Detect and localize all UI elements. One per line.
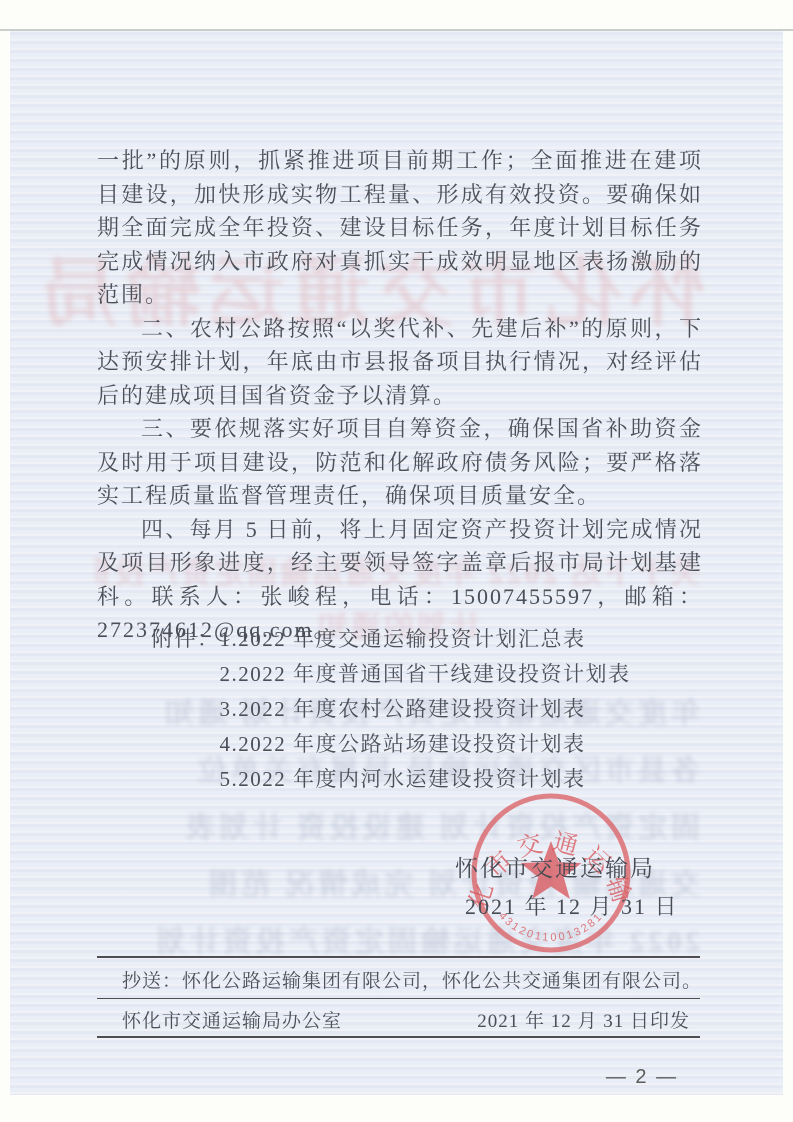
attachment-item: 1.2022 年度交通运输投资计划汇总表: [220, 622, 631, 657]
footer-divider-bottom: [97, 1036, 700, 1038]
attachment-items: 1.2022 年度交通运输投资计划汇总表 2.2022 年度普通国省干线建设投资…: [220, 622, 631, 797]
footer-cc-line: 抄送：怀化公路运输集团有限公司，怀化公共交通集团有限公司。: [97, 966, 700, 993]
page-number: — 2 —: [592, 1066, 692, 1089]
body-paragraph-item3: 三、要依规落实好项目自筹资金，确保国省补助资金及时用于项目建设，防范和化解政府债…: [97, 412, 703, 513]
signature-date: 2021 年 12 月 31 日: [465, 890, 679, 921]
signature-org: 怀化市交通运输局: [455, 850, 655, 883]
body-paragraph-continuation: 一批”的原则，抓紧推进项目前期工作；全面推进在建项目建设，加快形成实物工程量、形…: [97, 144, 703, 312]
attachment-item: 3.2022 年度农村公路建设投资计划表: [220, 692, 631, 727]
footer-issue-line: 怀化市交通运输局办公室 2021 年 12 月 31 日印发: [97, 1006, 700, 1033]
attachment-item: 4.2022 年度公路站场建设投资计划表: [220, 727, 631, 762]
scan-edge-line: [0, 29, 793, 31]
scanned-document-page: { "document": { "paragraphs": [ "一批”的原则，…: [0, 0, 793, 1122]
attachment-list: 附件： 1.2022 年度交通运输投资计划汇总表 2.2022 年度普通国省干线…: [152, 622, 631, 797]
footer-issuing-office: 怀化市交通运输局办公室: [122, 1006, 342, 1033]
footer-divider-middle: [97, 998, 700, 999]
attachment-item: 2.2022 年度普通国省干线建设投资计划表: [220, 657, 631, 692]
attachment-label: 附件：: [152, 622, 220, 797]
footer-print-date: 2021 年 12 月 31 日印发: [477, 1006, 690, 1033]
body-paragraph-item2: 二、农村公路按照“以奖代补、先建后补”的原则，下达预安排计划，年底由市县报备项目…: [97, 312, 703, 413]
document-body: 一批”的原则，抓紧推进项目前期工作；全面推进在建项目建设，加快形成实物工程量、形…: [97, 144, 703, 647]
